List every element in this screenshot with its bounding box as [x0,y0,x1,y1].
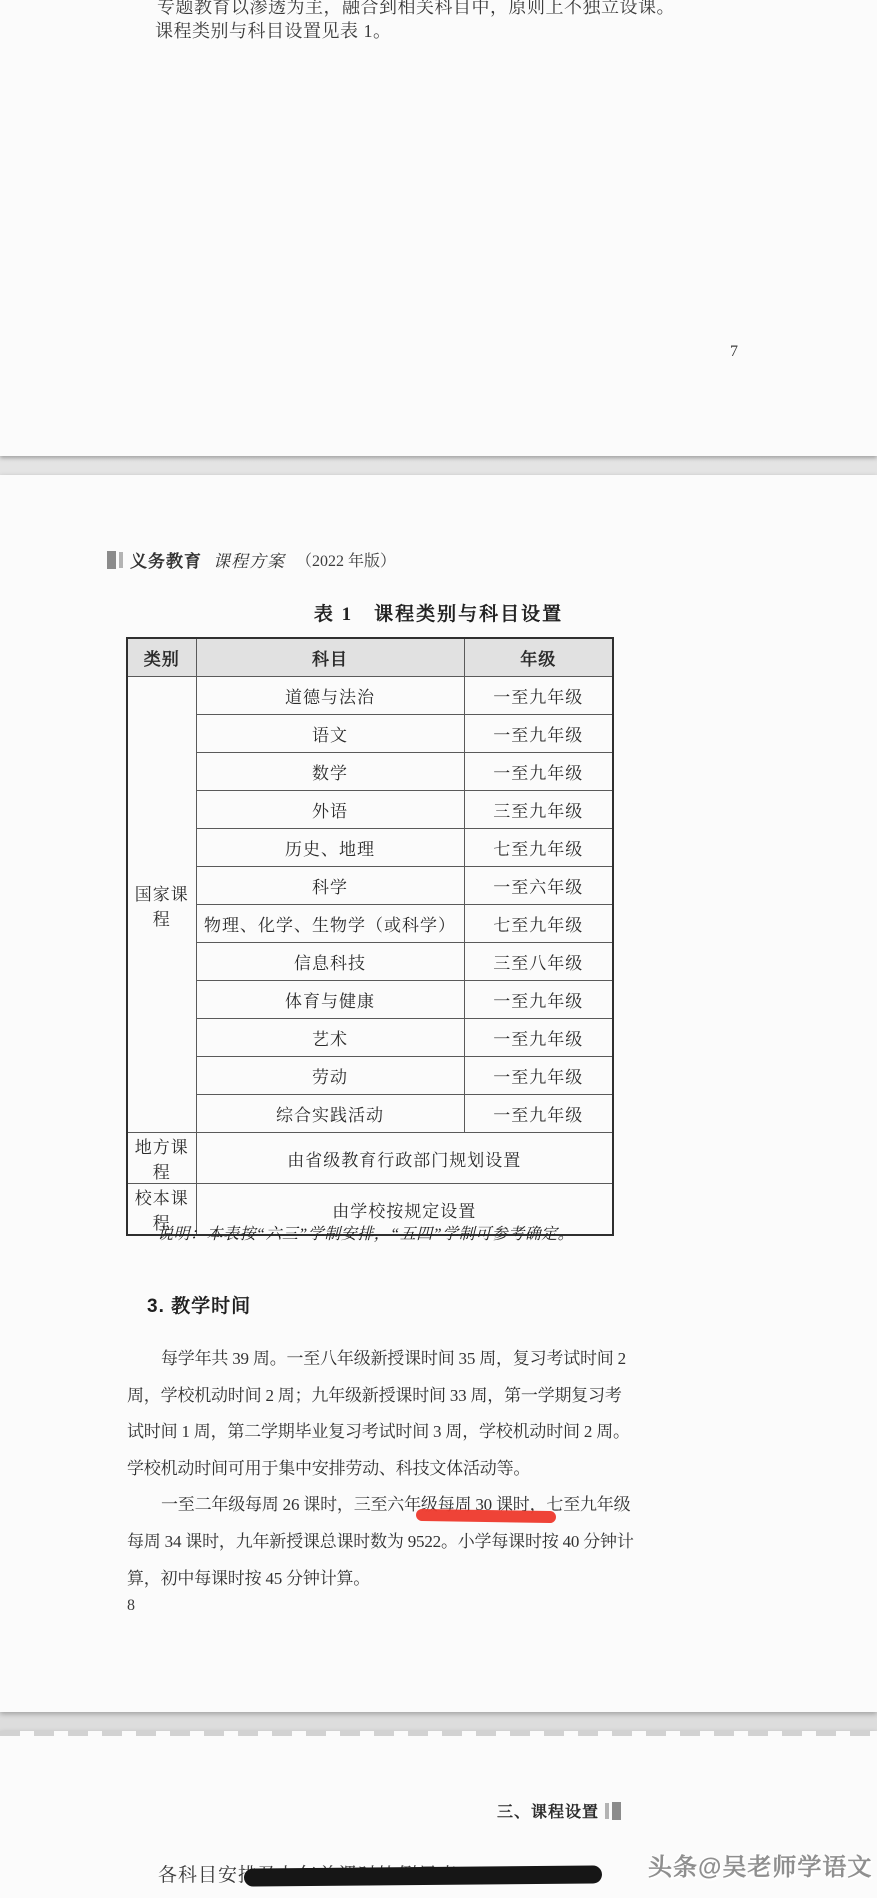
grade-cell: 一至九年级 [464,715,613,753]
table-row: 历史、地理七至九年级 [127,829,613,867]
subject-cell: 科学 [196,867,464,905]
grade-cell: 三至九年级 [464,791,613,829]
subject-cell: 艺术 [196,1019,464,1057]
subject-cell: 信息科技 [196,943,464,981]
page-9: 三、课程设置 各科目安排及九年总课时比例见表 2。 头条@吴老师学语文 [0,1731,877,1898]
table-caption: 表 1 课程类别与科目设置 [0,599,877,626]
page-edge-texture [0,1731,877,1736]
paragraph-line: 每周 34 课时，九年新授课总课时数为 9522。小学每课时按 40 分钟计 [127,1524,619,1561]
col-header-category: 类别 [127,638,196,677]
grade-cell: 一至九年级 [464,1019,613,1057]
table-row: 科学一至六年级 [127,867,613,905]
table-row: 信息科技三至八年级 [127,943,613,981]
subject-cell: 综合实践活动 [196,1095,464,1133]
subject-cell: 道德与法治 [196,677,464,715]
table-row: 综合实践活动一至九年级 [127,1095,613,1133]
bottom-paragraph-line: 各科目安排及九年总课时比例见表 2。 [158,1860,494,1887]
page-number: 8 [127,1597,135,1615]
header-series: 义务教育 [130,547,202,572]
page-number: 7 [730,343,738,361]
paragraph-line: 周，学校机动时间 2 周；九年级新授课时间 33 周，第一学期复习考 [127,1378,619,1415]
grade-cell: 七至九年级 [464,829,613,867]
paragraph-line: 试时间 1 周，第二学期毕业复习考试时间 3 周，学校机动时间 2 周。 [127,1414,619,1451]
paragraph-line: 算，初中每课时按 45 分钟计算。 [127,1561,619,1598]
category-cell: 地方课程 [127,1133,196,1184]
chapter-heading-label: 三、课程设置 [497,1799,599,1822]
national-category-cell: 国家课程 [127,677,196,1133]
watermark: 头条@吴老师学语文 [648,1847,872,1882]
subject-cell: 劳动 [196,1057,464,1095]
table-row: 体育与健康一至九年级 [127,981,613,1019]
subject-cell: 历史、地理 [196,829,464,867]
red-marker-underline [416,1509,556,1523]
document-photo: { "page_top": { "line1_partial": "专题教育以渗… [0,0,877,1898]
subject-cell: 体育与健康 [196,981,464,1019]
table-row: 艺术一至九年级 [127,1019,613,1057]
page-8: 义务教育 课程方案 （2022 年版） 表 1 课程类别与科目设置 类别 科目 … [0,475,877,1712]
grade-cell: 一至六年级 [464,867,613,905]
table-row: 物理、化学、生物学（或科学）七至九年级 [127,905,613,943]
grade-cell: 三至八年级 [464,943,613,981]
black-marker-redaction [244,1865,602,1886]
grade-cell: 一至九年级 [464,1057,613,1095]
table-header-row: 类别 科目 年级 [127,638,613,677]
subject-cell: 语文 [196,715,464,753]
header-bars-icon [107,551,123,569]
chapter-heading: 三、课程设置 [497,1799,621,1822]
page-7: 专题教育以渗透为主，融合到相关科目中，原则上不独立设课。 课程类别与科目设置见表… [0,0,877,456]
grade-cell: 七至九年级 [464,905,613,943]
body-paragraphs: 每学年共 39 周。一至八年级新授课时间 35 周，复习考试时间 2周，学校机动… [127,1341,619,1597]
section-heading: 3. 教学时间 [147,1291,251,1318]
table-row: 国家课程道德与法治一至九年级 [127,677,613,715]
header-edition: （2022 年版） [296,548,396,571]
table-row: 语文一至九年级 [127,715,613,753]
subject-tbody: 国家课程道德与法治一至九年级语文一至九年级数学一至九年级外语三至九年级历史、地理… [127,677,613,1133]
table-row: 劳动一至九年级 [127,1057,613,1095]
table-note: 说明：本表按“六三”学制安排，“五四”学制可参考确定。 [157,1221,574,1244]
col-header-subject: 科目 [196,638,464,677]
running-header: 义务教育 课程方案 （2022 年版） [107,547,396,572]
table-row: 数学一至九年级 [127,753,613,791]
grade-cell: 一至九年级 [464,981,613,1019]
grade-cell: 一至九年级 [464,677,613,715]
chapter-bars-icon [605,1802,621,1820]
value-cell: 由省级教育行政部门规划设置 [196,1133,613,1184]
subject-cell: 外语 [196,791,464,829]
paragraph-line: 学校机动时间可用于集中安排劳动、科技文体活动等。 [127,1451,619,1488]
header-title: 课程方案 [213,547,285,572]
grade-cell: 一至九年级 [464,753,613,791]
table-row: 地方课程由省级教育行政部门规划设置 [127,1133,613,1184]
grade-cell: 一至九年级 [464,1095,613,1133]
paragraph-line: 每学年共 39 周。一至八年级新授课时间 35 周，复习考试时间 2 [127,1341,619,1378]
table-row: 外语三至九年级 [127,791,613,829]
course-table: 类别 科目 年级 国家课程道德与法治一至九年级语文一至九年级数学一至九年级外语三… [126,637,614,1236]
col-header-grade: 年级 [464,638,613,677]
subject-cell: 物理、化学、生物学（或科学） [196,905,464,943]
span-tbody: 地方课程由省级教育行政部门规划设置校本课程由学校按规定设置 [127,1133,613,1236]
subject-cell: 数学 [196,753,464,791]
paragraph-line: 课程类别与科目设置见表 1。 [155,17,392,43]
